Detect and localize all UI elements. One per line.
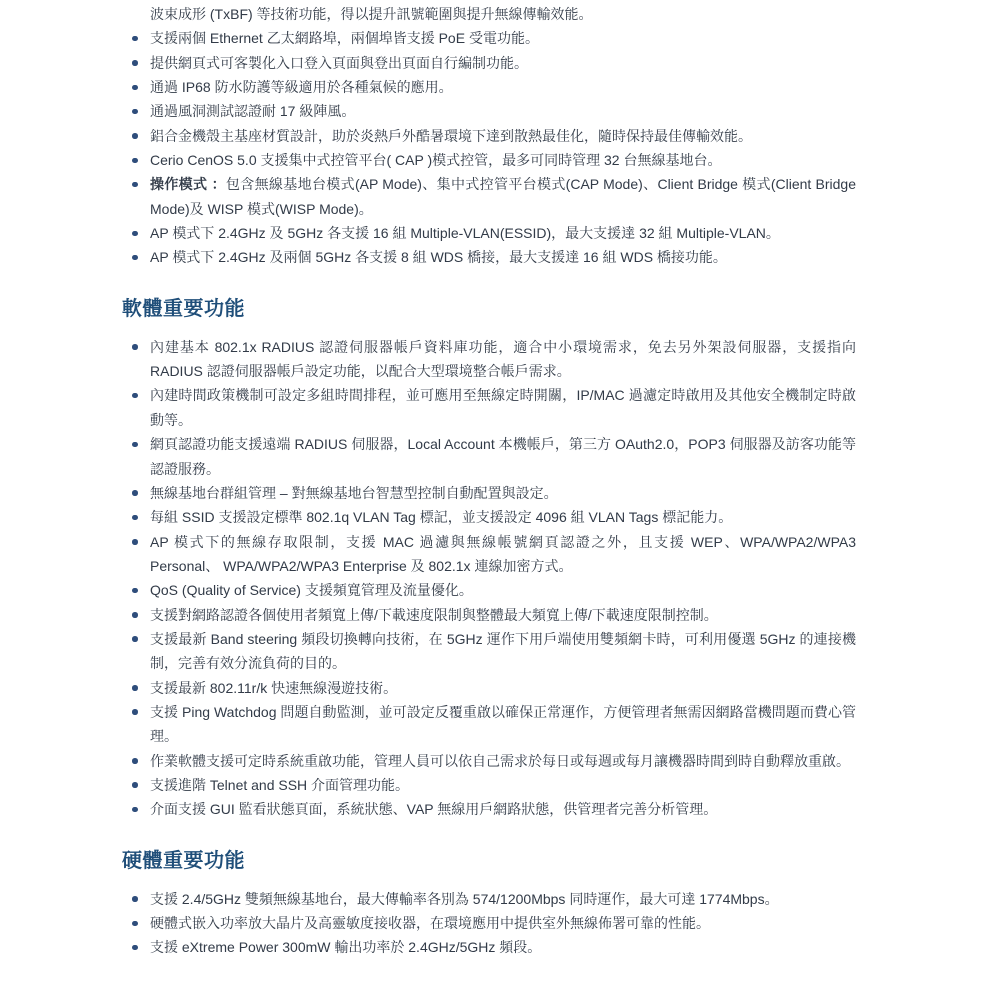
- list-item: 支援兩個 Ethernet 乙太網路埠，兩個埠皆支援 PoE 受電功能。: [150, 26, 856, 50]
- document-page: 波束成形 (TxBF) 等技術功能，得以提升訊號範圍與提升無線傳輸效能。 支援兩…: [0, 0, 1000, 1000]
- list-item: 每組 SSID 支援設定標準 802.1q VLAN Tag 標記，並支援設定 …: [150, 505, 856, 529]
- list-item: 無線基地台群組管理 – 對無線基地台智慧型控制自動配置與設定。: [150, 481, 856, 505]
- list-item: 支援 eXtreme Power 300mW 輸出功率於 2.4GHz/5GHz…: [150, 935, 856, 959]
- section-title-hardware: 硬體重要功能: [122, 847, 856, 875]
- list-item: AP 模式下的無線存取限制，支援 MAC 過濾與無線帳號網頁認證之外，且支援 W…: [150, 530, 856, 579]
- list-item: 內建時間政策機制可設定多組時間排程，並可應用至無線定時開關，IP/MAC 過濾定…: [150, 383, 856, 432]
- list-item: 網頁認證功能支援遠端 RADIUS 伺服器，Local Account 本機帳戶…: [150, 432, 856, 481]
- section-title-software: 軟體重要功能: [122, 295, 856, 323]
- list-item: QoS (Quality of Service) 支援頻寬管理及流量優化。: [150, 578, 856, 602]
- list-item: 作業軟體支援可定時系統重啟功能，管理人員可以依自己需求於每日或每週或每月讓機器時…: [150, 749, 856, 773]
- bold-lead-text: 操作模式 ：: [150, 176, 226, 192]
- wrapped-continuation-line: 波束成形 (TxBF) 等技術功能，得以提升訊號範圍與提升無線傳輸效能。: [150, 2, 856, 26]
- spec-document-body: 波束成形 (TxBF) 等技術功能，得以提升訊號範圍與提升無線傳輸效能。 支援兩…: [150, 2, 856, 960]
- bullet-list: 內建基本 802.1x RADIUS 認證伺服器帳戶資料庫功能，適合中小環境需求…: [150, 335, 856, 822]
- list-item: 介面支援 GUI 監看狀態頁面，系統狀態、VAP 無線用戶網路狀態，供管理者完善…: [150, 797, 856, 821]
- list-item: 支援最新 802.11r/k 快速無線漫遊技術。: [150, 676, 856, 700]
- list-item: 支援最新 Band steering 頻段切換轉向技術，在 5GHz 運作下用戶…: [150, 627, 856, 676]
- list-item: 硬體式嵌入功率放大晶片及高靈敏度接收器，在環境應用中提供室外無線佈署可靠的性能。: [150, 911, 856, 935]
- list-item: 操作模式 ：包含無線基地台模式(AP Mode)、集中式控管平台模式(CAP M…: [150, 172, 856, 221]
- list-item: 支援 2.4/5GHz 雙頻無線基地台，最大傳輸率各別為 574/1200Mbp…: [150, 887, 856, 911]
- list-item: 內建基本 802.1x RADIUS 認證伺服器帳戶資料庫功能，適合中小環境需求…: [150, 335, 856, 384]
- list-item: 通過風洞測試認證耐 17 級陣風。: [150, 99, 856, 123]
- list-item: AP 模式下 2.4GHz 及兩個 5GHz 各支援 8 組 WDS 橋接，最大…: [150, 245, 856, 269]
- list-item: 支援對網路認證各個使用者頻寬上傳/下載速度限制與整體最大頻寬上傳/下載速度限制控…: [150, 603, 856, 627]
- list-item: AP 模式下 2.4GHz 及 5GHz 各支援 16 組 Multiple-V…: [150, 221, 856, 245]
- bullet-list: 支援兩個 Ethernet 乙太網路埠，兩個埠皆支援 PoE 受電功能。提供網頁…: [150, 26, 856, 269]
- bullet-list: 支援 2.4/5GHz 雙頻無線基地台，最大傳輸率各別為 574/1200Mbp…: [150, 887, 856, 960]
- list-item: Cerio CenOS 5.0 支援集中式控管平台( CAP )模式控管，最多可…: [150, 148, 856, 172]
- feature-section-hardware: 硬體重要功能 支援 2.4/5GHz 雙頻無線基地台，最大傳輸率各別為 574/…: [150, 847, 856, 960]
- feature-section-software: 軟體重要功能 內建基本 802.1x RADIUS 認證伺服器帳戶資料庫功能，適…: [150, 295, 856, 822]
- list-item: 提供網頁式可客製化入口登入頁面與登出頁面自行編制功能。: [150, 51, 856, 75]
- feature-section-general: 支援兩個 Ethernet 乙太網路埠，兩個埠皆支援 PoE 受電功能。提供網頁…: [150, 26, 856, 269]
- list-item: 支援 Ping Watchdog 問題自動監測，並可設定反覆重啟以確保正常運作，…: [150, 700, 856, 749]
- list-item: 支援進階 Telnet and SSH 介面管理功能。: [150, 773, 856, 797]
- list-item: 鋁合金機殼主基座材質設計，助於炎熱戶外酷暑環境下達到散熱最佳化，隨時保持最佳傳輸…: [150, 124, 856, 148]
- list-item: 通過 IP68 防水防護等級適用於各種氣候的應用。: [150, 75, 856, 99]
